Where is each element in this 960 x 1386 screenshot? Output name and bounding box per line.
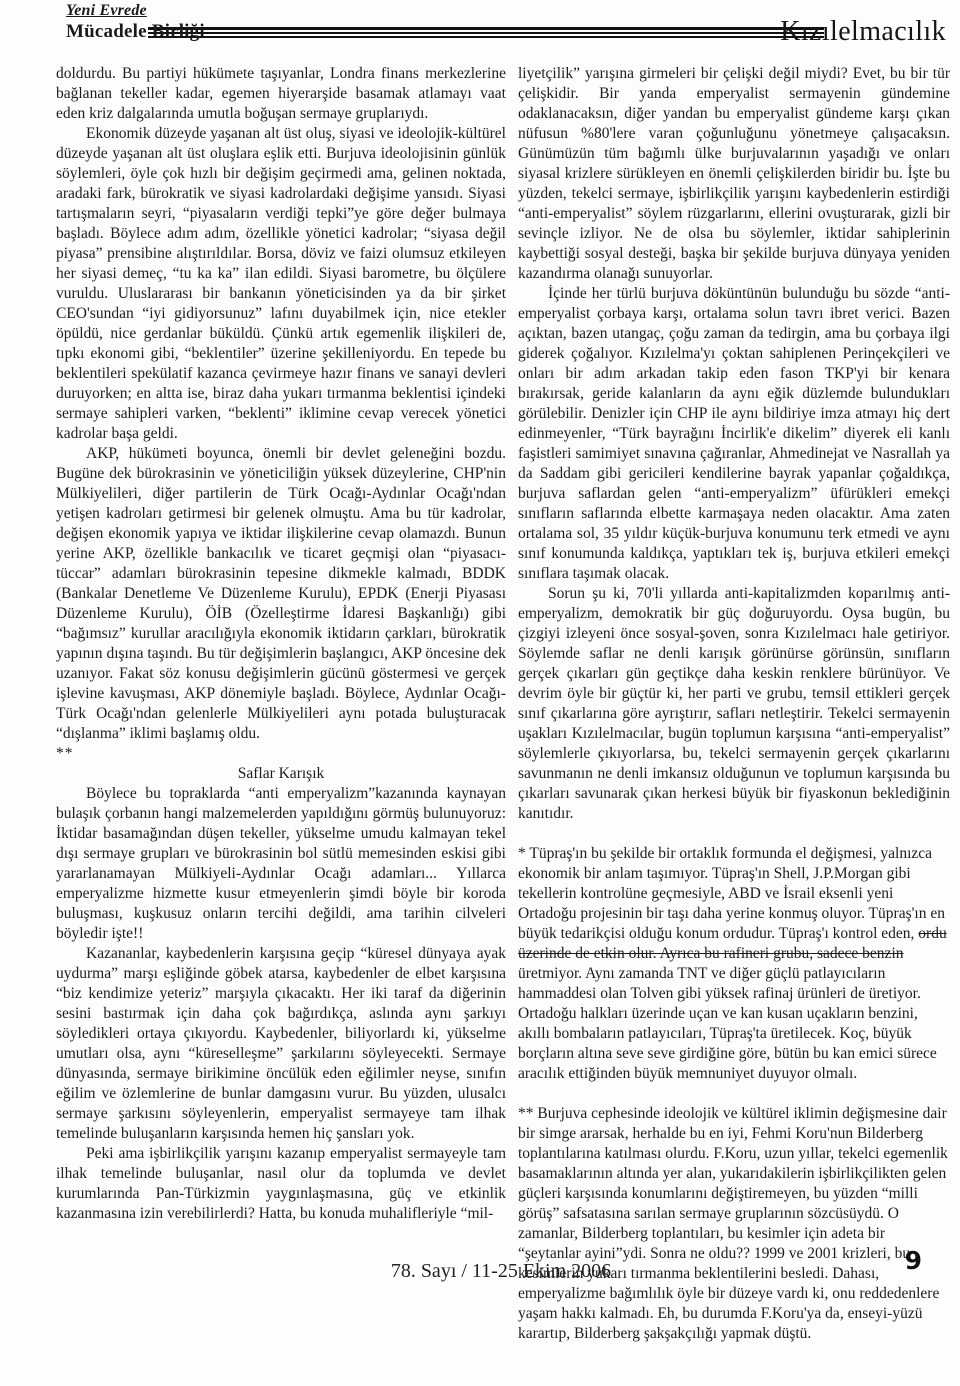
paragraph: doldurdu. Bu partiyi hükümete taşıyanlar… [56,64,506,124]
masthead-rule [148,27,824,38]
paragraph: Böylece bu topraklarda “anti emperyalizm… [56,784,506,944]
brand-line-yeni-evrede: Yeni Evrede [66,2,205,20]
brand-word-birligi-struck: Birliği [152,21,205,42]
paragraph: Sorun şu ki, 70'li yıllarda anti-kapital… [518,584,950,824]
page-number: 9 [905,1246,922,1275]
article-title: Kızılelmacılık [780,16,946,48]
footnote-text: ** Burjuva cephesinde ideolojik ve kültü… [518,1105,948,1342]
paragraph: Kazananlar, kaybedenlerin karşısına geçi… [56,944,506,1144]
brand-block: Yeni Evrede Mücadele Birliği [66,2,205,42]
article-column-right: liyetçilik” yarışına girmeleri bir çeliş… [518,64,950,1344]
magazine-page: Yeni Evrede Mücadele Birliği Kızılelmacı… [0,0,960,1386]
footnote-text: * Tüpraş'ın bu şekilde bir ortaklık form… [518,845,945,942]
brand-line-mucadele-birligi: Mücadele Birliği [66,22,205,43]
footnote-text: üretmiyor. Aynı zamanda TNT ve diğer güç… [518,965,937,1082]
paragraph: Peki ama işbirlikçilik yarışını kazanıp … [56,1144,506,1224]
article-body: doldurdu. Bu partiyi hükümete taşıyanlar… [56,64,950,1344]
article-column-left: doldurdu. Bu partiyi hükümete taşıyanlar… [56,64,506,1344]
brand-word-mucadele: Mücadele [66,21,147,42]
footnote: * Tüpraş'ın bu şekilde bir ortaklık form… [518,844,950,1084]
paragraph: İçinde her türlü burjuva döküntünün bulu… [518,284,950,584]
paragraph: AKP, hükümeti boyunca, önemli bir devlet… [56,444,506,744]
issue-date: 78. Sayı / 11-25 Ekim 2006 [56,1260,946,1283]
footnote: ** Burjuva cephesinde ideolojik ve kültü… [518,1104,950,1344]
section-heading: Saflar Karışık [56,764,506,784]
masthead: Yeni Evrede Mücadele Birliği Kızılelmacı… [0,0,960,62]
paragraph: liyetçilik” yarışına girmeleri bir çeliş… [518,64,950,284]
footnote-marker: ** [56,744,506,764]
paragraph: Ekonomik düzeyde yaşanan alt üst oluş, s… [56,124,506,444]
